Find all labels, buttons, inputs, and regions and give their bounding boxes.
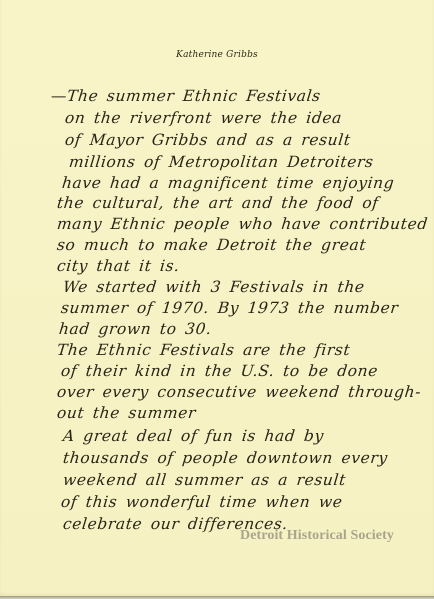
text-line: on the riverfront were the idea [64,109,343,127]
text-line: out the summer [56,404,197,422]
text-line: had grown to 30. [58,320,213,338]
text-line: weekend all summer as a result [62,471,347,489]
text-line: have had a magnificent time enjoying [61,174,395,192]
text-line: city that it is. [56,257,181,275]
letterhead-name: Katherine Gribbs [0,50,434,60]
text-line: millions of Metropolitan Detroiters [68,153,374,171]
text-line: over every consecutive weekend through- [56,383,422,401]
text-line: many Ethnic people who have contributed [56,215,429,233]
letter-page: Katherine Gribbs —The summer Ethnic Fest… [0,0,434,596]
text-line: of their kind in the U.S. to be done [60,362,379,380]
text-line: We started with 3 Festivals in the [62,278,366,296]
text-line: of this wonderful time when we [60,493,343,511]
watermark-detroit-historical-society: Detroit Historical Society [240,528,394,544]
text-line: summer of 1970. By 1973 the number [60,299,399,317]
text-line: thousands of people downtown every [62,449,389,467]
text-line: The Ethnic Festivals are the first [56,341,351,359]
text-line: so much to make Detroit the great [56,236,367,254]
text-line: of Mayor Gribbs and as a result [64,131,352,149]
text-line: the cultural, the art and the food of [56,194,380,212]
text-line: A great deal of fun is had by [62,427,325,445]
text-line: —The summer Ethnic Festivals [50,87,322,105]
